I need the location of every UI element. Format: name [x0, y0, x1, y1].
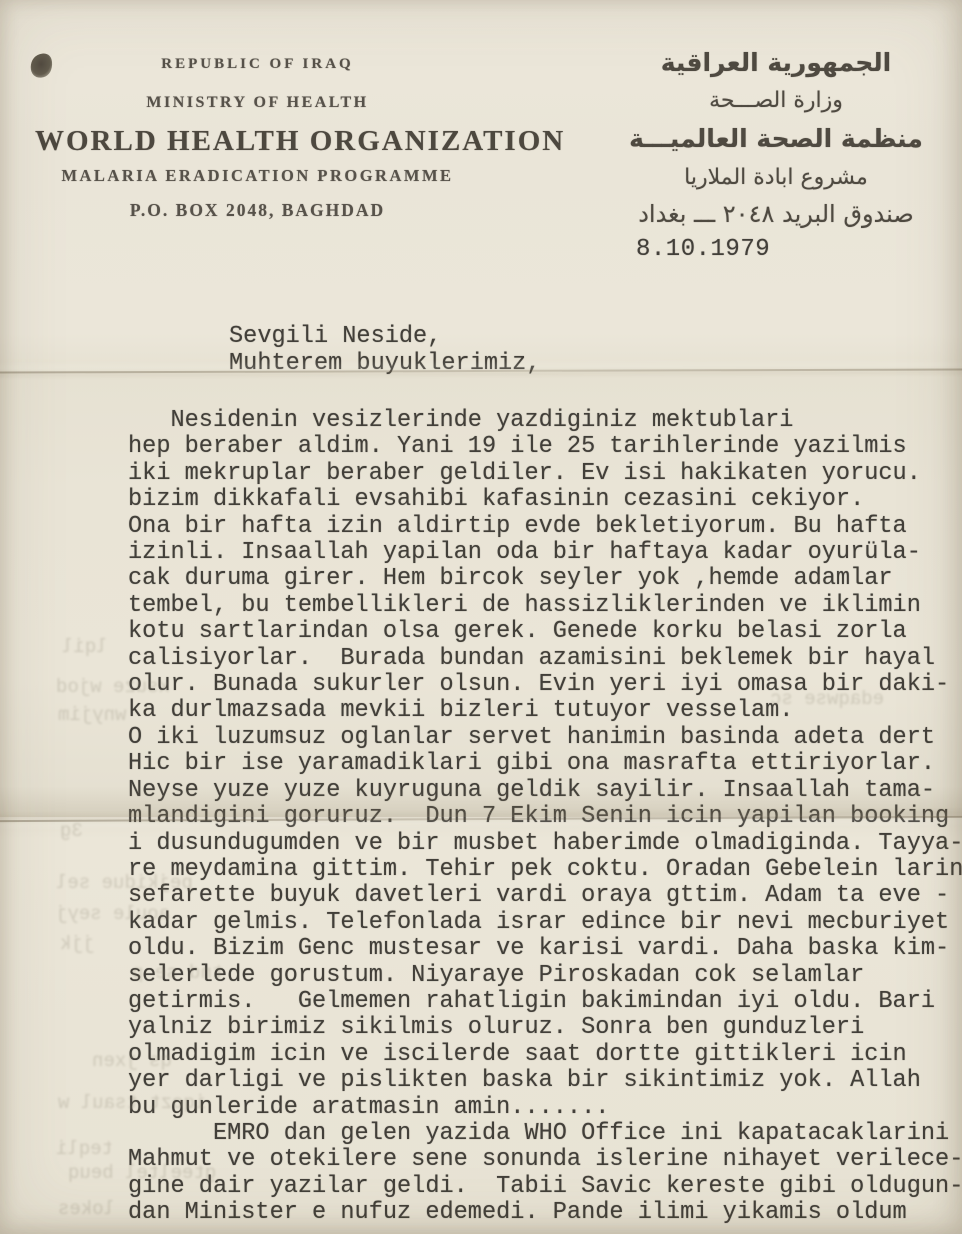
ghost-text-fragment: lokes — [58, 1198, 115, 1220]
letterhead-arabic-line-5: صندوق البريد ٢٠٤٨ ـــ بغداد — [628, 200, 924, 228]
letterhead-pobox-line: P.O. BOX 2048, BAGHDAD — [35, 200, 480, 221]
letterhead-organization-line: WORLD HEALTH ORGANIZATION — [35, 125, 480, 158]
ghost-text-fragment: teqli — [56, 1138, 113, 1160]
typed-date: 8.10.1979 — [636, 236, 770, 263]
ghost-text-fragment: lqil — [62, 636, 108, 658]
letterhead-arabic-block: الجمهورية العراقيةوزارة الصـــحةمنظمة ال… — [628, 48, 924, 228]
salutation-line-2: Muhterem buyuklerimiz, — [229, 350, 541, 377]
letterhead-arabic-line-2: وزارة الصـــحة — [628, 88, 924, 113]
letterhead-arabic-line-1: الجمهورية العراقية — [628, 48, 924, 77]
ghost-text-fragment: 3g — [60, 820, 83, 842]
letterhead-arabic-line-4: مشروع ابادة الملاريا — [628, 165, 924, 190]
letterhead-arabic-line-3: منظمة الصحة العالميـــة — [628, 124, 924, 153]
letter-body: Nesidenin vesizlerinde yazdiginiz mektub… — [128, 408, 962, 1227]
ghost-text-fragment: jjk — [60, 933, 94, 955]
ghost-text-fragment: wnyjim — [58, 704, 126, 726]
salutation-line-1: Sevgili Neside, — [229, 323, 441, 350]
letterhead-republic-line: REPUBLIC OF IRAQ — [35, 56, 480, 73]
letterhead-programme-line: MALARIA ERADICATION PROGRAMME — [35, 166, 480, 186]
letterhead-ministry-line: MINISTRY OF HEALTH — [35, 94, 480, 112]
salutation-block: Sevgili Neside, Muhterem buyuklerimiz, — [229, 324, 541, 377]
letter-page: REPUBLIC OF IRAQ MINISTRY OF HEALTH WORL… — [0, 0, 962, 1234]
